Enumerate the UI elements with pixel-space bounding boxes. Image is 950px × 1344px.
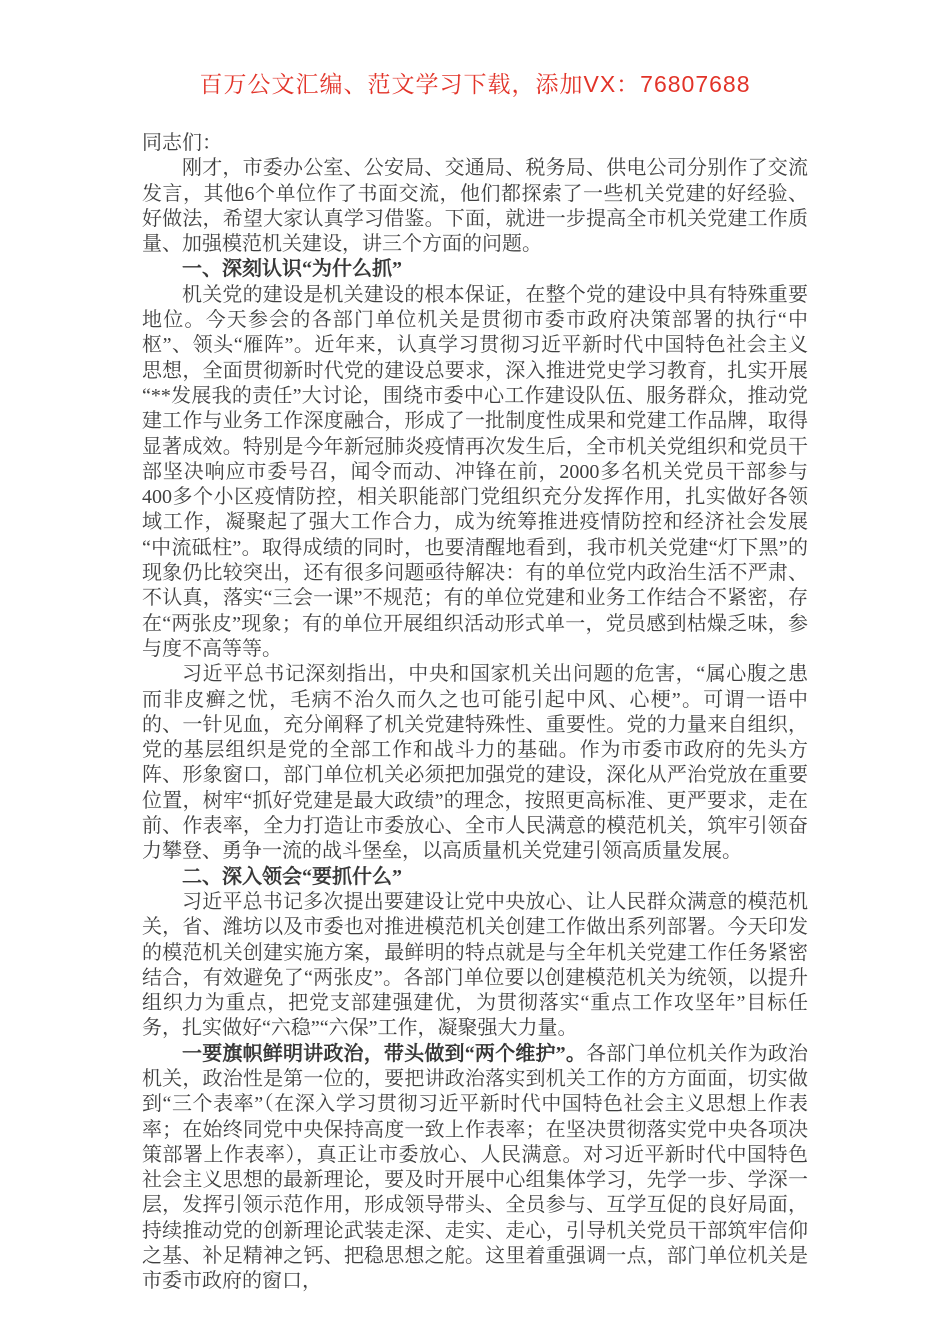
section-heading-2: 二、深入领会“要抓什么” <box>142 865 808 890</box>
document-body: 同志们： 刚才，市委办公室、公安局、交通局、税务局、供电公司分别作了交流发言，其… <box>142 131 808 1295</box>
document-page: 百万公文汇编、范文学习下载，添加VX：76807688 同志们： 刚才，市委办公… <box>0 0 950 1344</box>
paragraph-section2-b: 一要旗帜鲜明讲政治，带头做到“两个维护”。各部门单位机关作为政治机关，政治性是第… <box>142 1042 808 1295</box>
paragraph-section1-b: 习近平总书记深刻指出，中央和国家机关出问题的危害，“属心腹之患而非皮癣之忧，毛病… <box>142 662 808 864</box>
promo-banner: 百万公文汇编、范文学习下载，添加VX：76807688 <box>0 66 950 99</box>
paragraph-intro: 刚才，市委办公室、公安局、交通局、税务局、供电公司分别作了交流发言，其他6个单位… <box>142 156 808 257</box>
paragraph-continuation: 各部门单位机关作为政治机关，政治性是第一位的，要把讲政治落实到机关工作的方方面面… <box>142 1043 808 1293</box>
section-heading-1: 一、深刻认识“为什么抓” <box>142 257 808 282</box>
bold-lead-sentence: 一要旗帜鲜明讲政治，带头做到“两个维护”。 <box>182 1043 586 1065</box>
salutation: 同志们： <box>142 131 808 156</box>
paragraph-section1-a: 机关党的建设是机关建设的根本保证，在整个党的建设中具有特殊重要地位。今天参会的各… <box>142 283 808 662</box>
paragraph-section2-a: 习近平总书记多次提出要建设让党中央放心、让人民群众满意的模范机关，省、潍坊以及市… <box>142 890 808 1042</box>
